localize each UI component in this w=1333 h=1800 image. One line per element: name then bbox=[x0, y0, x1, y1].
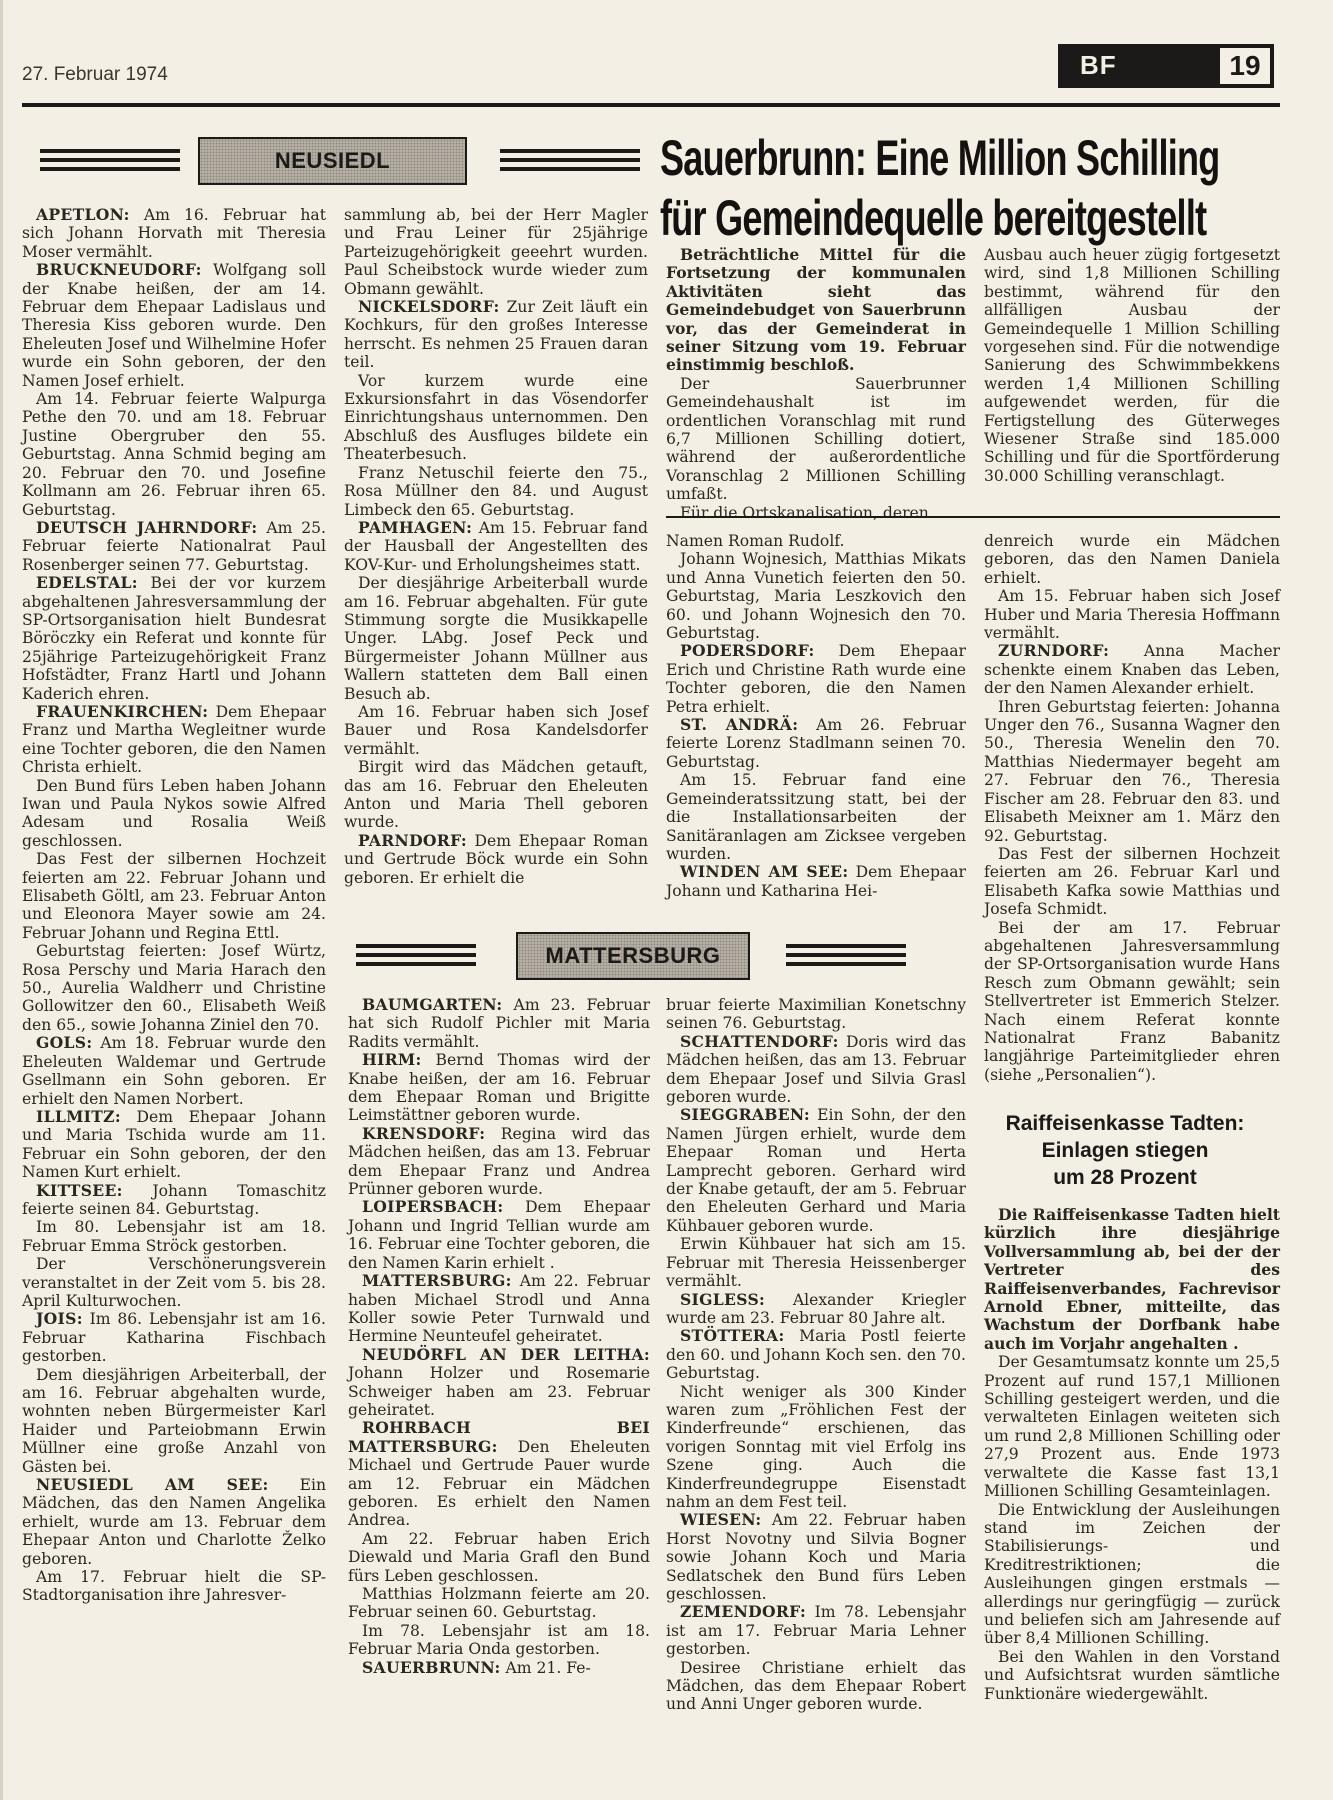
news-item: Im 80. Lebensjahr ist am 18. Februar Emm… bbox=[22, 1218, 326, 1255]
news-item: Der Verschönerungsverein veranstaltet in… bbox=[22, 1255, 326, 1310]
news-item: BAUMGARTEN: Am 23. Februar hat sich Rudo… bbox=[348, 996, 650, 1051]
place-name: MATTERSBURG: bbox=[362, 1271, 512, 1290]
item-text: Ihren Geburtstag feierten: Johanna Unger… bbox=[984, 698, 1280, 845]
news-item: bruar feierte Maximilian Konetschny sein… bbox=[666, 996, 966, 1033]
article-lead: Die Raiffeisenkasse Tadten hielt kürzlic… bbox=[984, 1206, 1280, 1353]
article-paragraph: Der Sauerbrunner Gemeindehaushalt ist im… bbox=[666, 375, 966, 504]
decorative-bars-left bbox=[40, 149, 180, 176]
place-name: SAUERBRUNN: bbox=[362, 1658, 501, 1677]
news-item: EDELSTAL: Bei der vor kurzem abgehaltene… bbox=[22, 574, 326, 703]
news-item: Im 78. Lebensjahr ist am 18. Februar Mar… bbox=[348, 1622, 650, 1659]
news-item: NICKELSDORF: Zur Zeit läuft ein Kochkurs… bbox=[344, 298, 648, 372]
column-neusiedl-2: sammlung ab, bei der Herr Magler und Fra… bbox=[344, 206, 648, 887]
section-label-mattersburg: MATTERSBURG bbox=[516, 932, 750, 980]
item-text: Wolfgang soll der Knabe heißen, der am 1… bbox=[22, 261, 326, 389]
news-item: GOLS: Am 18. Februar wurde den Eheleuten… bbox=[22, 1034, 326, 1108]
place-name: DEUTSCH JAHRNDORF: bbox=[36, 518, 257, 537]
place-name: APETLON: bbox=[36, 205, 130, 224]
issue-date: 27. Februar 1974 bbox=[22, 64, 168, 86]
item-text: Bei der vor kurzem abgehaltenen Jahresve… bbox=[22, 574, 326, 702]
place-name: KRENSDORF: bbox=[362, 1124, 485, 1143]
news-item: Desiree Christiane erhielt das Mädchen, … bbox=[666, 1659, 966, 1714]
place-name: WINDEN AM SEE: bbox=[680, 862, 848, 881]
article-sauerbrunn-col-1: Beträchtliche Mittel für die Fortsetzung… bbox=[666, 246, 966, 522]
header-rule bbox=[22, 103, 1280, 107]
section-header-neusiedl: NEUSIEDL bbox=[40, 137, 640, 185]
news-item: Am 14. Februar feierte Walpurga Pethe de… bbox=[22, 390, 326, 519]
place-name: SCHATTENDORF: bbox=[680, 1032, 839, 1051]
news-item: Nicht weniger als 300 Kinder waren zum „… bbox=[666, 1383, 966, 1512]
news-item: Bei der am 17. Februar abgehaltenen Jahr… bbox=[984, 919, 1280, 1085]
news-item: Am 15. Februar fand eine Gemeinderatssit… bbox=[666, 771, 966, 863]
place-name: PODERSDORF: bbox=[680, 641, 815, 660]
item-text: Vor kurzem wurde eine Exkursionsfahrt in… bbox=[344, 372, 648, 464]
news-item: Am 16. Februar haben sich Josef Bauer un… bbox=[344, 703, 648, 758]
place-name: ILLMITZ: bbox=[36, 1107, 121, 1126]
news-item: Geburtstag feierten: Josef Würtz, Rosa P… bbox=[22, 942, 326, 1034]
place-name: WIESEN: bbox=[680, 1510, 761, 1529]
headline-line-2: für Gemeindequelle bereitgestellt bbox=[660, 188, 1286, 248]
news-item: SIEGGRABEN: Ein Sohn, der den Namen Jürg… bbox=[666, 1106, 966, 1235]
news-item: NEUDÖRFL AN DER LEITHA: Johann Holzer un… bbox=[348, 1346, 650, 1420]
place-name: EDELSTAL: bbox=[36, 573, 138, 592]
item-text: Am 21. Fe- bbox=[501, 1659, 591, 1677]
place-name: NEUSIEDL AM SEE: bbox=[36, 1475, 269, 1494]
place-name: ST. ANDRÄ: bbox=[680, 715, 798, 734]
item-text: Nicht weniger als 300 Kinder waren zum „… bbox=[666, 1383, 966, 1511]
news-item: sammlung ab, bei der Herr Magler und Fra… bbox=[344, 206, 648, 298]
column-neusiedl-3: Namen Roman Rudolf.Johann Wojnesich, Mat… bbox=[666, 532, 966, 900]
news-item: Vor kurzem wurde eine Exkursionsfahrt in… bbox=[344, 372, 648, 464]
article-paragraph: Bei den Wahlen in den Vorstand und Aufsi… bbox=[984, 1648, 1280, 1703]
place-name: PARNDORF: bbox=[358, 831, 467, 850]
item-text: Franz Netuschil feierte den 75., Rosa Mü… bbox=[344, 464, 648, 519]
article-divider bbox=[666, 516, 1280, 518]
place-name: PAMHAGEN: bbox=[358, 518, 472, 537]
news-item: Birgit wird das Mädchen getauft, das am … bbox=[344, 758, 648, 832]
item-text: Matthias Holzmann feierte am 20. Februar… bbox=[348, 1585, 650, 1621]
place-name: GOLS: bbox=[36, 1033, 92, 1052]
item-text: Am 15. Februar fand eine Gemeinderatssit… bbox=[666, 771, 966, 863]
item-text: Den Bund fürs Leben haben Johann Iwan un… bbox=[22, 777, 326, 850]
item-text: Johann Holzer und Rosemarie Schweiger ha… bbox=[348, 1364, 650, 1419]
news-item: Das Fest der silbernen Hochzeit feierten… bbox=[22, 850, 326, 942]
news-item: ST. ANDRÄ: Am 26. Februar feierte Lorenz… bbox=[666, 716, 966, 771]
column-neusiedl-1: APETLON: Am 16. Februar hat sich Johann … bbox=[22, 206, 326, 1605]
news-item: FRAUENKIRCHEN: Dem Ehepaar Franz und Mar… bbox=[22, 703, 326, 777]
place-name: NEUDÖRFL AN DER LEITHA: bbox=[362, 1345, 650, 1364]
news-item: PODERSDORF: Dem Ehepaar Erich und Christ… bbox=[666, 642, 966, 716]
item-text: Geburtstag feierten: Josef Würtz, Rosa P… bbox=[22, 942, 326, 1034]
item-text: denreich wurde ein Mädchen geboren, das … bbox=[984, 532, 1280, 587]
news-item: Franz Netuschil feierte den 75., Rosa Mü… bbox=[344, 464, 648, 519]
news-item: DEUTSCH JAHRNDORF: Am 25. Februar feiert… bbox=[22, 519, 326, 574]
main-headline: Sauerbrunn: Eine Million Schilling für G… bbox=[660, 128, 1286, 248]
news-item: Der diesjährige Arbeiterball wurde am 16… bbox=[344, 574, 648, 703]
item-text: Dem diesjährigen Arbeiterball, der am 16… bbox=[22, 1366, 326, 1476]
place-name: BAUMGARTEN: bbox=[362, 995, 502, 1014]
place-name: JOIS: bbox=[36, 1309, 83, 1328]
news-item: ROHRBACH BEI MATTERSBURG: Den Eheleuten … bbox=[348, 1419, 650, 1529]
column-mattersburg-2: bruar feierte Maximilian Konetschny sein… bbox=[666, 996, 966, 1714]
column-neusiedl-4: denreich wurde ein Mädchen geboren, das … bbox=[984, 532, 1280, 1084]
decorative-bars-right bbox=[786, 944, 906, 971]
place-name: FRAUENKIRCHEN: bbox=[36, 702, 208, 721]
item-text: Erwin Kühbauer hat sich am 15. Februar m… bbox=[666, 1235, 966, 1290]
news-item: SIGLESS: Alexander Kriegler wurde am 23.… bbox=[666, 1291, 966, 1328]
item-text: Im 80. Lebensjahr ist am 18. Februar Emm… bbox=[22, 1218, 326, 1254]
article-paragraph: Für die Ortskanalisation, deren bbox=[666, 504, 966, 522]
item-text: Desiree Christiane erhielt das Mädchen, … bbox=[666, 1659, 966, 1714]
news-item: ZEMENDORF: Im 78. Lebensjahr ist am 17. … bbox=[666, 1603, 966, 1658]
place-name: ZEMENDORF: bbox=[680, 1602, 806, 1621]
news-item: Den Bund fürs Leben haben Johann Iwan un… bbox=[22, 777, 326, 851]
news-item: PARNDORF: Dem Ehepaar Roman und Gertrude… bbox=[344, 832, 648, 887]
place-name: SIEGGRABEN: bbox=[680, 1105, 810, 1124]
article-paragraph: Ausbau auch heuer zügig fortgesetzt wird… bbox=[984, 246, 1280, 485]
item-text: Johann Wojnesich, Matthias Mikats und An… bbox=[666, 550, 966, 642]
newspaper-page: 27. Februar 1974 BF 19 NEUSIEDL Sauerbru… bbox=[0, 0, 1333, 1800]
item-text: Am 16. Februar haben sich Josef Bauer un… bbox=[344, 703, 648, 758]
news-item: Dem diesjährigen Arbeiterball, der am 16… bbox=[22, 1366, 326, 1476]
article-raiffeisen-body: Die Raiffeisenkasse Tadten hielt kürzlic… bbox=[984, 1206, 1280, 1703]
item-text: Am 14. Februar feierte Walpurga Pethe de… bbox=[22, 390, 326, 518]
article-paragraph: Die Entwicklung der Ausleihungen stand i… bbox=[984, 1501, 1280, 1648]
place-name: BRUCKNEUDORF: bbox=[36, 260, 202, 279]
item-text: Das Fest der silbernen Hochzeit feierten… bbox=[984, 845, 1280, 918]
column-mattersburg-1: BAUMGARTEN: Am 23. Februar hat sich Rudo… bbox=[348, 996, 650, 1677]
headline-line-2: Einlagen stiegen bbox=[980, 1137, 1270, 1164]
headline-line-3: um 28 Prozent bbox=[980, 1164, 1270, 1191]
page-marker: BF 19 bbox=[1058, 44, 1274, 88]
news-item: Am 22. Februar haben Erich Diewald und M… bbox=[348, 1530, 650, 1585]
place-name: NICKELSDORF: bbox=[358, 297, 500, 316]
news-item: Am 17. Februar hielt die SP-Stadtorganis… bbox=[22, 1568, 326, 1605]
page-spine bbox=[0, 0, 3, 1800]
place-name: ZURNDORF: bbox=[998, 641, 1109, 660]
item-text: Der diesjährige Arbeiterball wurde am 16… bbox=[344, 574, 648, 702]
news-item: SCHATTENDORF: Doris wird das Mädchen hei… bbox=[666, 1033, 966, 1107]
news-item: KITTSEE: Johann Tomaschitz feierte seine… bbox=[22, 1182, 326, 1219]
news-item: HIRM: Bernd Thomas wird der Knabe heißen… bbox=[348, 1051, 650, 1125]
headline-line-1: Sauerbrunn: Eine Million Schilling bbox=[660, 128, 1286, 188]
item-text: Am 15. Februar haben sich Josef Huber un… bbox=[984, 587, 1280, 642]
article-headline-raiffeisen: Raiffeisenkasse Tadten: Einlagen stiegen… bbox=[980, 1110, 1270, 1191]
place-name: HIRM: bbox=[362, 1050, 422, 1069]
news-item: WIESEN: Am 22. Februar haben Horst Novot… bbox=[666, 1511, 966, 1603]
item-text: bruar feierte Maximilian Konetschny sein… bbox=[666, 996, 966, 1032]
item-text: Am 17. Februar hielt die SP-Stadtorganis… bbox=[22, 1568, 326, 1604]
news-item: WINDEN AM SEE: Dem Ehepaar Johann und Ka… bbox=[666, 863, 966, 900]
news-item: ZURNDORF: Anna Macher schenkte einem Kna… bbox=[984, 642, 1280, 697]
article-paragraph: Der Gesamtumsatz konnte um 25,5 Prozent … bbox=[984, 1353, 1280, 1500]
item-text: Im 78. Lebensjahr ist am 18. Februar Mar… bbox=[348, 1622, 650, 1658]
item-text: Namen Roman Rudolf. bbox=[666, 532, 844, 550]
article-lead: Beträchtliche Mittel für die Fortsetzung… bbox=[666, 246, 966, 375]
place-name: KITTSEE: bbox=[36, 1181, 123, 1200]
news-item: LOIPERSBACH: Dem Ehepaar Johann und Ingr… bbox=[348, 1198, 650, 1272]
news-item: MATTERSBURG: Am 22. Februar haben Michae… bbox=[348, 1272, 650, 1346]
news-item: Am 15. Februar haben sich Josef Huber un… bbox=[984, 587, 1280, 642]
item-text: Ein Sohn, der den Namen Jürgen erhielt, … bbox=[666, 1106, 966, 1234]
news-item: Namen Roman Rudolf. bbox=[666, 532, 966, 550]
section-code: BF bbox=[1080, 50, 1117, 81]
news-item: JOIS: Im 86. Lebensjahr ist am 16. Febru… bbox=[22, 1310, 326, 1365]
item-text: Der Verschönerungsverein veranstaltet in… bbox=[22, 1255, 326, 1310]
news-item: Johann Wojnesich, Matthias Mikats und An… bbox=[666, 550, 966, 642]
article-sauerbrunn-col-2: Ausbau auch heuer zügig fortgesetzt wird… bbox=[984, 246, 1280, 485]
item-text: Bei der am 17. Februar abgehaltenen Jahr… bbox=[984, 919, 1280, 1084]
news-item: NEUSIEDL AM SEE: Ein Mädchen, das den Na… bbox=[22, 1476, 326, 1568]
item-text: Das Fest der silbernen Hochzeit feierten… bbox=[22, 850, 326, 942]
news-item: BRUCKNEUDORF: Wolfgang soll der Knabe he… bbox=[22, 261, 326, 390]
page-number: 19 bbox=[1220, 48, 1270, 84]
place-name: SIGLESS: bbox=[680, 1290, 765, 1309]
news-item: denreich wurde ein Mädchen geboren, das … bbox=[984, 532, 1280, 587]
section-label-neusiedl: NEUSIEDL bbox=[198, 137, 467, 185]
news-item: KRENSDORF: Regina wird das Mädchen heiße… bbox=[348, 1125, 650, 1199]
news-item: PAMHAGEN: Am 15. Februar fand der Hausba… bbox=[344, 519, 648, 574]
news-item: ILLMITZ: Dem Ehepaar Johann und Maria Ts… bbox=[22, 1108, 326, 1182]
news-item: Matthias Holzmann feierte am 20. Februar… bbox=[348, 1585, 650, 1622]
news-item: Erwin Kühbauer hat sich am 15. Februar m… bbox=[666, 1235, 966, 1290]
news-item: STÖTTERA: Maria Postl feierte den 60. un… bbox=[666, 1327, 966, 1382]
decorative-bars-left bbox=[356, 944, 476, 971]
news-item: APETLON: Am 16. Februar hat sich Johann … bbox=[22, 206, 326, 261]
decorative-bars-right bbox=[500, 149, 640, 176]
news-item: Ihren Geburtstag feierten: Johanna Unger… bbox=[984, 698, 1280, 845]
news-item: SAUERBRUNN: Am 21. Fe- bbox=[348, 1659, 650, 1677]
section-header-mattersburg: MATTERSBURG bbox=[356, 932, 956, 980]
headline-line-1: Raiffeisenkasse Tadten: bbox=[980, 1110, 1270, 1137]
news-item: Das Fest der silbernen Hochzeit feierten… bbox=[984, 845, 1280, 919]
item-text: Am 22. Februar haben Erich Diewald und M… bbox=[348, 1530, 650, 1585]
item-text: sammlung ab, bei der Herr Magler und Fra… bbox=[344, 206, 648, 298]
item-text: Birgit wird das Mädchen getauft, das am … bbox=[344, 758, 648, 831]
place-name: STÖTTERA: bbox=[680, 1326, 785, 1345]
place-name: LOIPERSBACH: bbox=[362, 1197, 503, 1216]
